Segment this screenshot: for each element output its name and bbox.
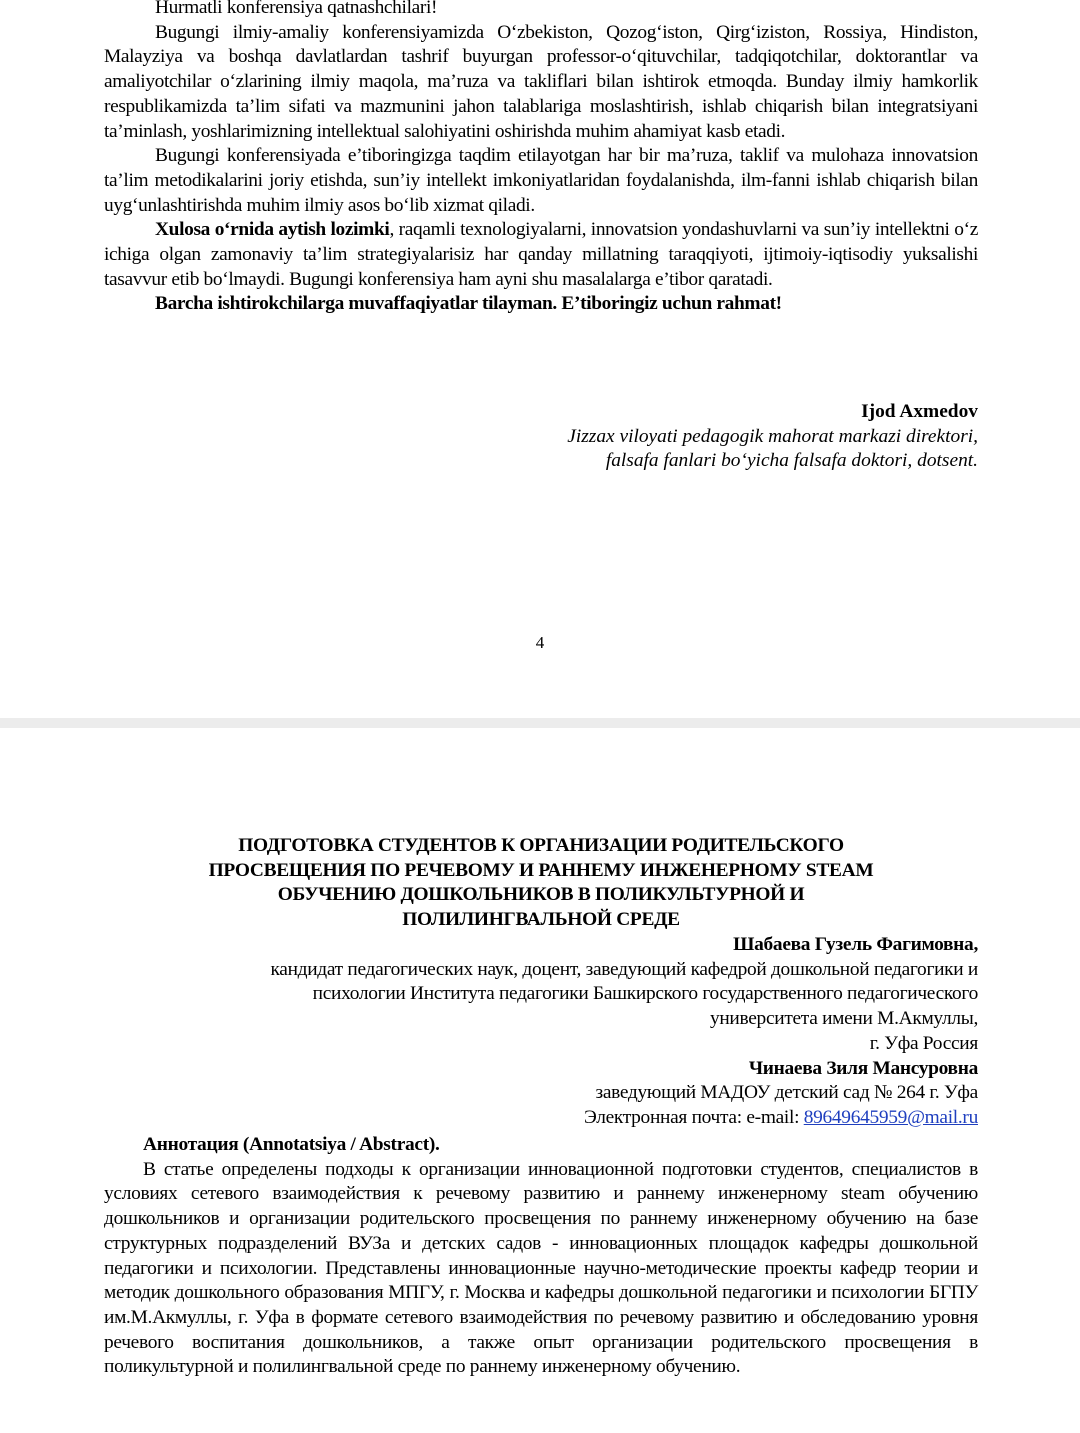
signatory-name: Ijod Axmedov	[567, 400, 978, 425]
title-line: ПРОСВЕЩЕНИЯ ПО РЕЧЕВОМУ И РАННЕМУ ИНЖЕНЕ…	[104, 859, 978, 884]
author-info: Шабаева Гузель Фагимовна, кандидат педаг…	[104, 933, 978, 1131]
greeting: Hurmatli konferensiya qatnashchilari!	[104, 0, 978, 21]
abstract-text: В статье определены подходы к организаци…	[104, 1158, 978, 1380]
signature-block: Ijod Axmedov Jizzax viloyati pedagogik m…	[567, 400, 978, 474]
abstract-section: Аннотация (Annotatsiya / Abstract). В ст…	[104, 1133, 978, 1380]
email-link[interactable]: 89649645959@mail.ru	[804, 1107, 978, 1128]
title-line: ОБУЧЕНИЮ ДОШКОЛЬНИКОВ В ПОЛИКУЛЬТУРНОЙ И	[104, 883, 978, 908]
title-line: ПОЛИЛИНГВАЛЬНОЙ СРЕДЕ	[104, 908, 978, 933]
author2-name: Чинаева Зиля Мансуровна	[104, 1057, 978, 1082]
document-page-4: Hurmatli konferensiya qatnashchilari! Bu…	[0, 0, 1080, 718]
welcome-speech: Hurmatli konferensiya qatnashchilari! Bu…	[104, 0, 978, 317]
paragraph-participants: Bugungi ilmiy-amaliy konferensiyamizda O…	[104, 21, 978, 145]
page-separator	[0, 718, 1080, 728]
signatory-role-line1: Jizzax viloyati pedagogik mahorat markaz…	[567, 425, 978, 450]
email-label: Электронная почта: e-mail:	[584, 1107, 804, 1128]
title-line: ПОДГОТОВКА СТУДЕНТОВ К ОРГАНИЗАЦИИ РОДИТ…	[104, 834, 978, 859]
signatory-role-line2: falsafa fanlari bo‘yicha falsafa doktori…	[567, 449, 978, 474]
document-page-5: ПОДГОТОВКА СТУДЕНТОВ К ОРГАНИЗАЦИИ РОДИТ…	[0, 728, 1080, 1433]
author1-affiliation-line: университета имени М.Акмуллы,	[104, 1007, 978, 1032]
author1-name: Шабаева Гузель Фагимовна,	[104, 933, 978, 958]
paragraph-reports: Bugungi konferensiyada e’tiboringizga ta…	[104, 144, 978, 218]
author1-city: г. Уфа Россия	[104, 1032, 978, 1057]
closing-wishes: Barcha ishtirokchilarga muvaffaqiyatlar …	[104, 292, 978, 317]
page-number: 4	[0, 632, 1080, 654]
conclusion-lead: Xulosa o‘rnida aytish lozimki	[155, 219, 389, 240]
abstract-heading: Аннотация (Annotatsiya / Abstract).	[143, 1133, 978, 1158]
author1-affiliation-line: кандидат педагогических наук, доцент, за…	[104, 958, 978, 983]
author1-affiliation-line: психологии Института педагогики Башкирск…	[104, 982, 978, 1007]
author2-position: заведующий МАДОУ детский сад № 264 г. Уф…	[104, 1081, 978, 1106]
paragraph-conclusion: Xulosa o‘rnida aytish lozimki, raqamli t…	[104, 218, 978, 292]
article-title: ПОДГОТОВКА СТУДЕНТОВ К ОРГАНИЗАЦИИ РОДИТ…	[104, 834, 978, 933]
author2-email-line: Электронная почта: e-mail: 89649645959@m…	[104, 1106, 978, 1131]
